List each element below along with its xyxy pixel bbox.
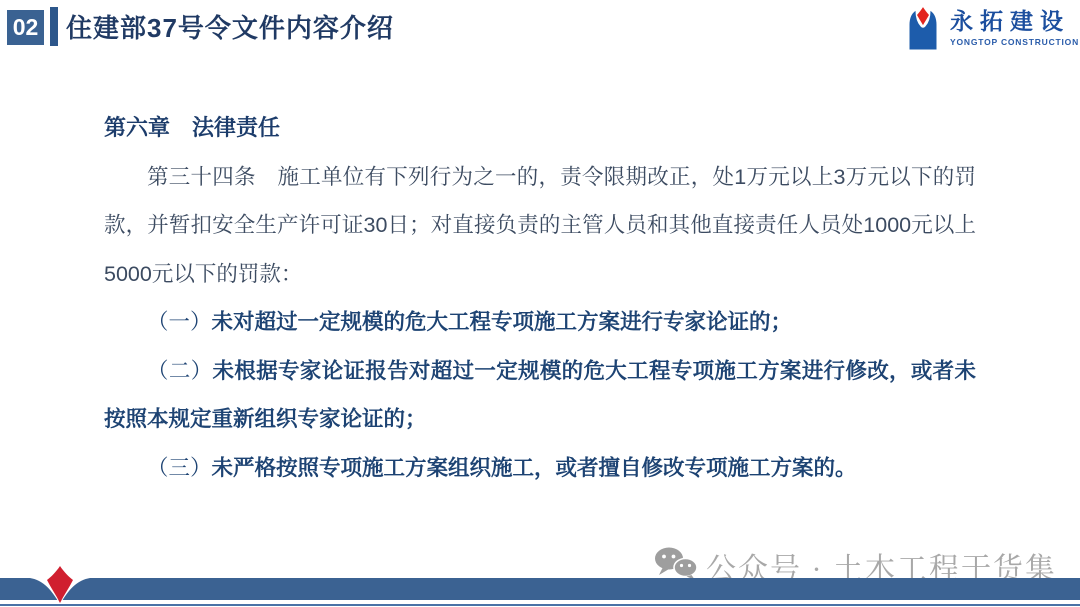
- list-item: （三）未严格按照专项施工方案组织施工，或者擅自修改专项施工方案的。: [104, 444, 976, 493]
- list-item-text: 未根据专家论证报告对超过一定规模的危大工程专项施工方案进行修改，或者未按照本规定…: [104, 359, 976, 432]
- list-item-marker: （二）: [147, 359, 212, 383]
- footer-diamond-icon: [28, 560, 92, 607]
- company-logo-icon: [903, 6, 943, 56]
- list-item-marker: （三）: [147, 456, 212, 480]
- footer-bar: [0, 578, 1080, 600]
- company-name: 永拓建设: [950, 6, 1079, 36]
- article-paragraph: 第三十四条 施工单位有下列行为之一的，责令限期改正，处1万元以上3万元以下的罚款…: [104, 153, 976, 299]
- section-number-badge: 02: [7, 10, 44, 45]
- company-name-en: YONGTOP CONSTRUCTION: [950, 37, 1079, 47]
- list-item-text: 未严格按照专项施工方案组织施工，或者擅自修改专项施工方案的。: [212, 456, 857, 480]
- chapter-heading: 第六章 法律责任: [104, 104, 976, 153]
- list-item: （一）未对超过一定规模的危大工程专项施工方案进行专家论证的；: [104, 298, 976, 347]
- title-accent-bar: [50, 7, 58, 46]
- list-item-text: 未对超过一定规模的危大工程专项施工方案进行专家论证的；: [212, 310, 793, 334]
- footer-thin-line: [0, 604, 1080, 606]
- company-logo: 永拓建设 YONGTOP CONSTRUCTION: [903, 6, 1079, 56]
- list-item: （二）未根据专家论证报告对超过一定规模的危大工程专项施工方案进行修改，或者未按照…: [104, 347, 976, 444]
- slide-title: 住建部37号令文件内容介绍: [66, 8, 394, 45]
- slide-body: 第六章 法律责任 第三十四条 施工单位有下列行为之一的，责令限期改正，处1万元以…: [104, 104, 976, 492]
- presentation-slide: 02 住建部37号令文件内容介绍 永拓建设 YONGTOP CONSTRUCTI…: [0, 0, 1080, 607]
- company-logo-text: 永拓建设 YONGTOP CONSTRUCTION: [950, 6, 1079, 47]
- list-item-marker: （一）: [147, 310, 212, 334]
